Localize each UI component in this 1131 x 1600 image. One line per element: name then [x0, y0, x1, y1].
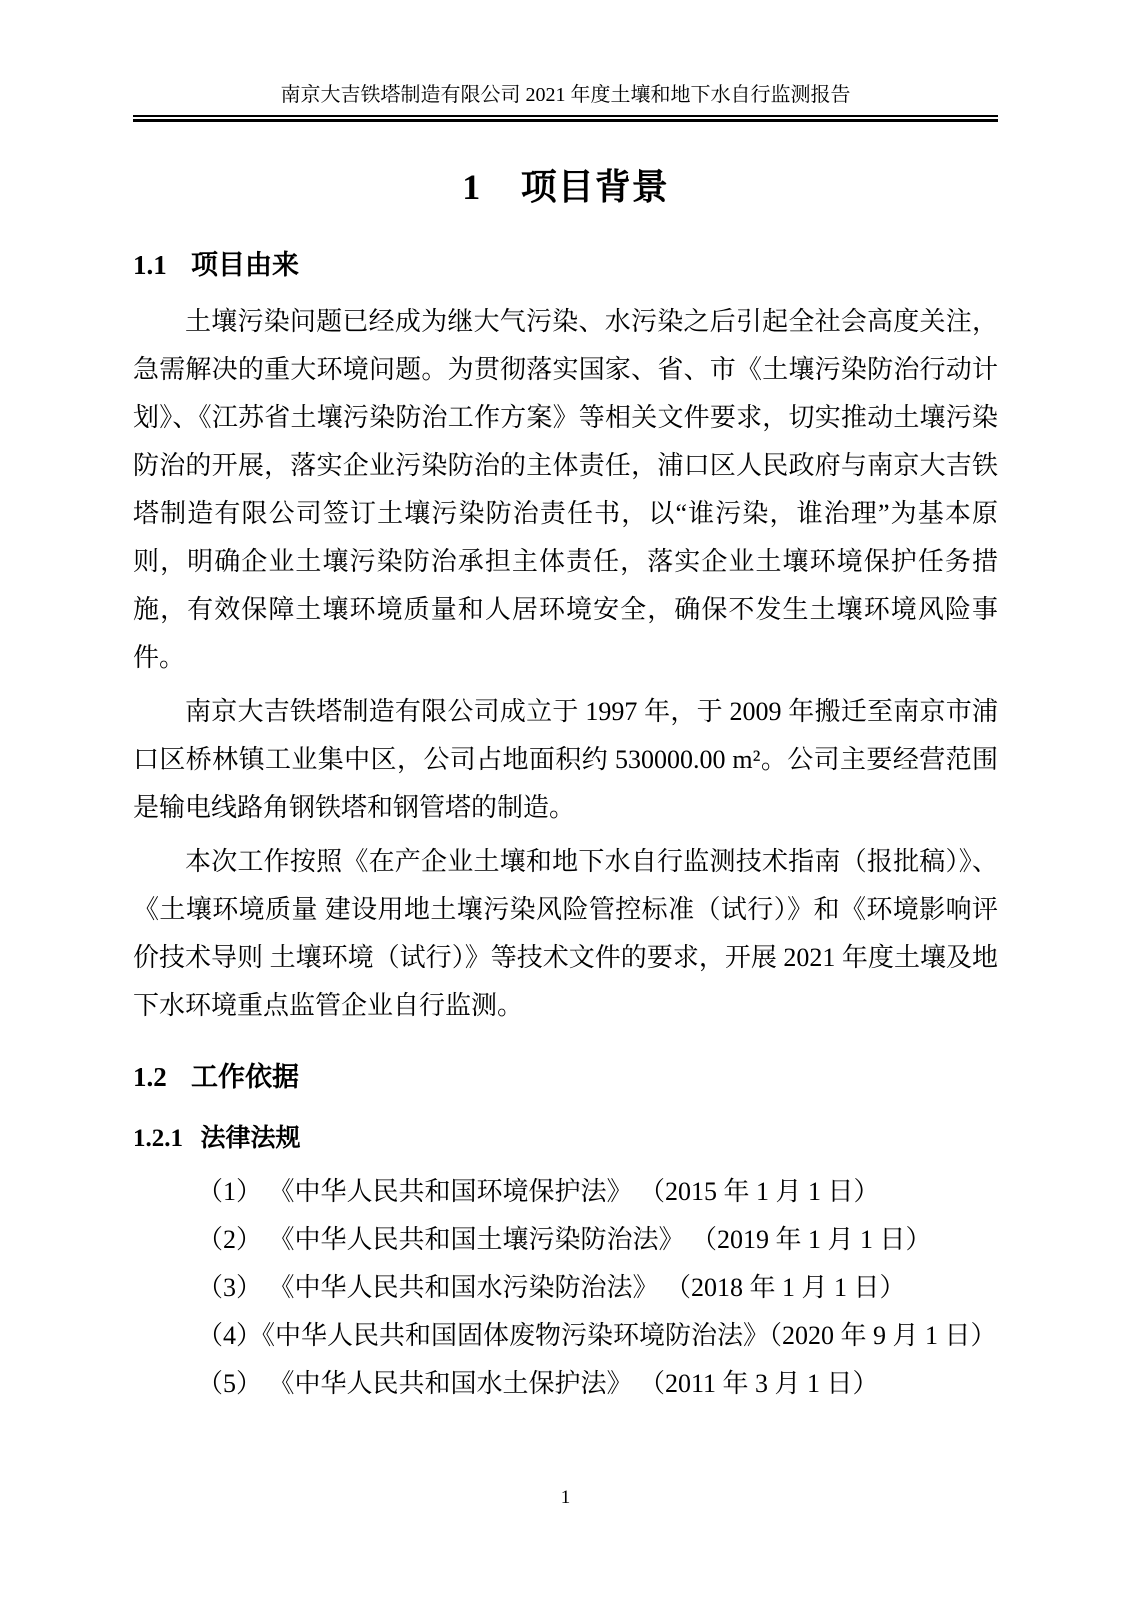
- law-item: （2） 《中华人民共和国土壤污染防治法》 （2019 年 1 月 1 日）: [133, 1216, 998, 1264]
- section-1-1-heading: 1.1项目由来: [133, 248, 998, 282]
- section-1-2-number: 1.2: [133, 1062, 167, 1092]
- section-1-2-1-heading: 1.2.1法律法规: [133, 1124, 998, 1154]
- chapter-heading: 1项目背景: [133, 166, 998, 208]
- page-number: 1: [561, 1487, 571, 1508]
- law-item: （3） 《中华人民共和国水污染防治法》 （2018 年 1 月 1 日）: [133, 1264, 998, 1312]
- page-header: 南京大吉铁塔制造有限公司 2021 年度土壤和地下水自行监测报告: [133, 0, 998, 122]
- law-list: （1） 《中华人民共和国环境保护法》 （2015 年 1 月 1 日） （2） …: [133, 1168, 998, 1408]
- header-rule: [133, 115, 998, 122]
- header-title: 南京大吉铁塔制造有限公司 2021 年度土壤和地下水自行监测报告: [133, 82, 998, 108]
- section-1-2-heading: 1.2工作依据: [133, 1060, 998, 1094]
- paragraph: 土壤污染问题已经成为继大气污染、水污染之后引起全社会高度关注，急需解决的重大环境…: [133, 298, 998, 682]
- chapter-number: 1: [462, 167, 481, 207]
- law-item: （5） 《中华人民共和国水土保护法》 （2011 年 3 月 1 日）: [133, 1360, 998, 1408]
- law-item: （1） 《中华人民共和国环境保护法》 （2015 年 1 月 1 日）: [133, 1168, 998, 1216]
- section-1-1-number: 1.1: [133, 250, 167, 280]
- paragraph: 南京大吉铁塔制造有限公司成立于 1997 年，于 2009 年搬迁至南京市浦口区…: [133, 688, 998, 832]
- section-1-1-title: 项目由来: [191, 250, 299, 280]
- page-footer: 1: [0, 1486, 1131, 1510]
- section-1-2-1-number: 1.2.1: [133, 1125, 183, 1152]
- law-item: （4）《中华人民共和国固体废物污染环境防治法》（2020 年 9 月 1 日）: [133, 1312, 998, 1360]
- section-1-2-1-title: 法律法规: [201, 1125, 301, 1152]
- chapter-title: 项目背景: [521, 167, 669, 207]
- document-page: 南京大吉铁塔制造有限公司 2021 年度土壤和地下水自行监测报告 1项目背景 1…: [0, 0, 1131, 1600]
- paragraph: 本次工作按照《在产企业土壤和地下水自行监测技术指南（报批稿）》、《土壤环境质量 …: [133, 838, 998, 1030]
- section-1-2-title: 工作依据: [191, 1062, 299, 1092]
